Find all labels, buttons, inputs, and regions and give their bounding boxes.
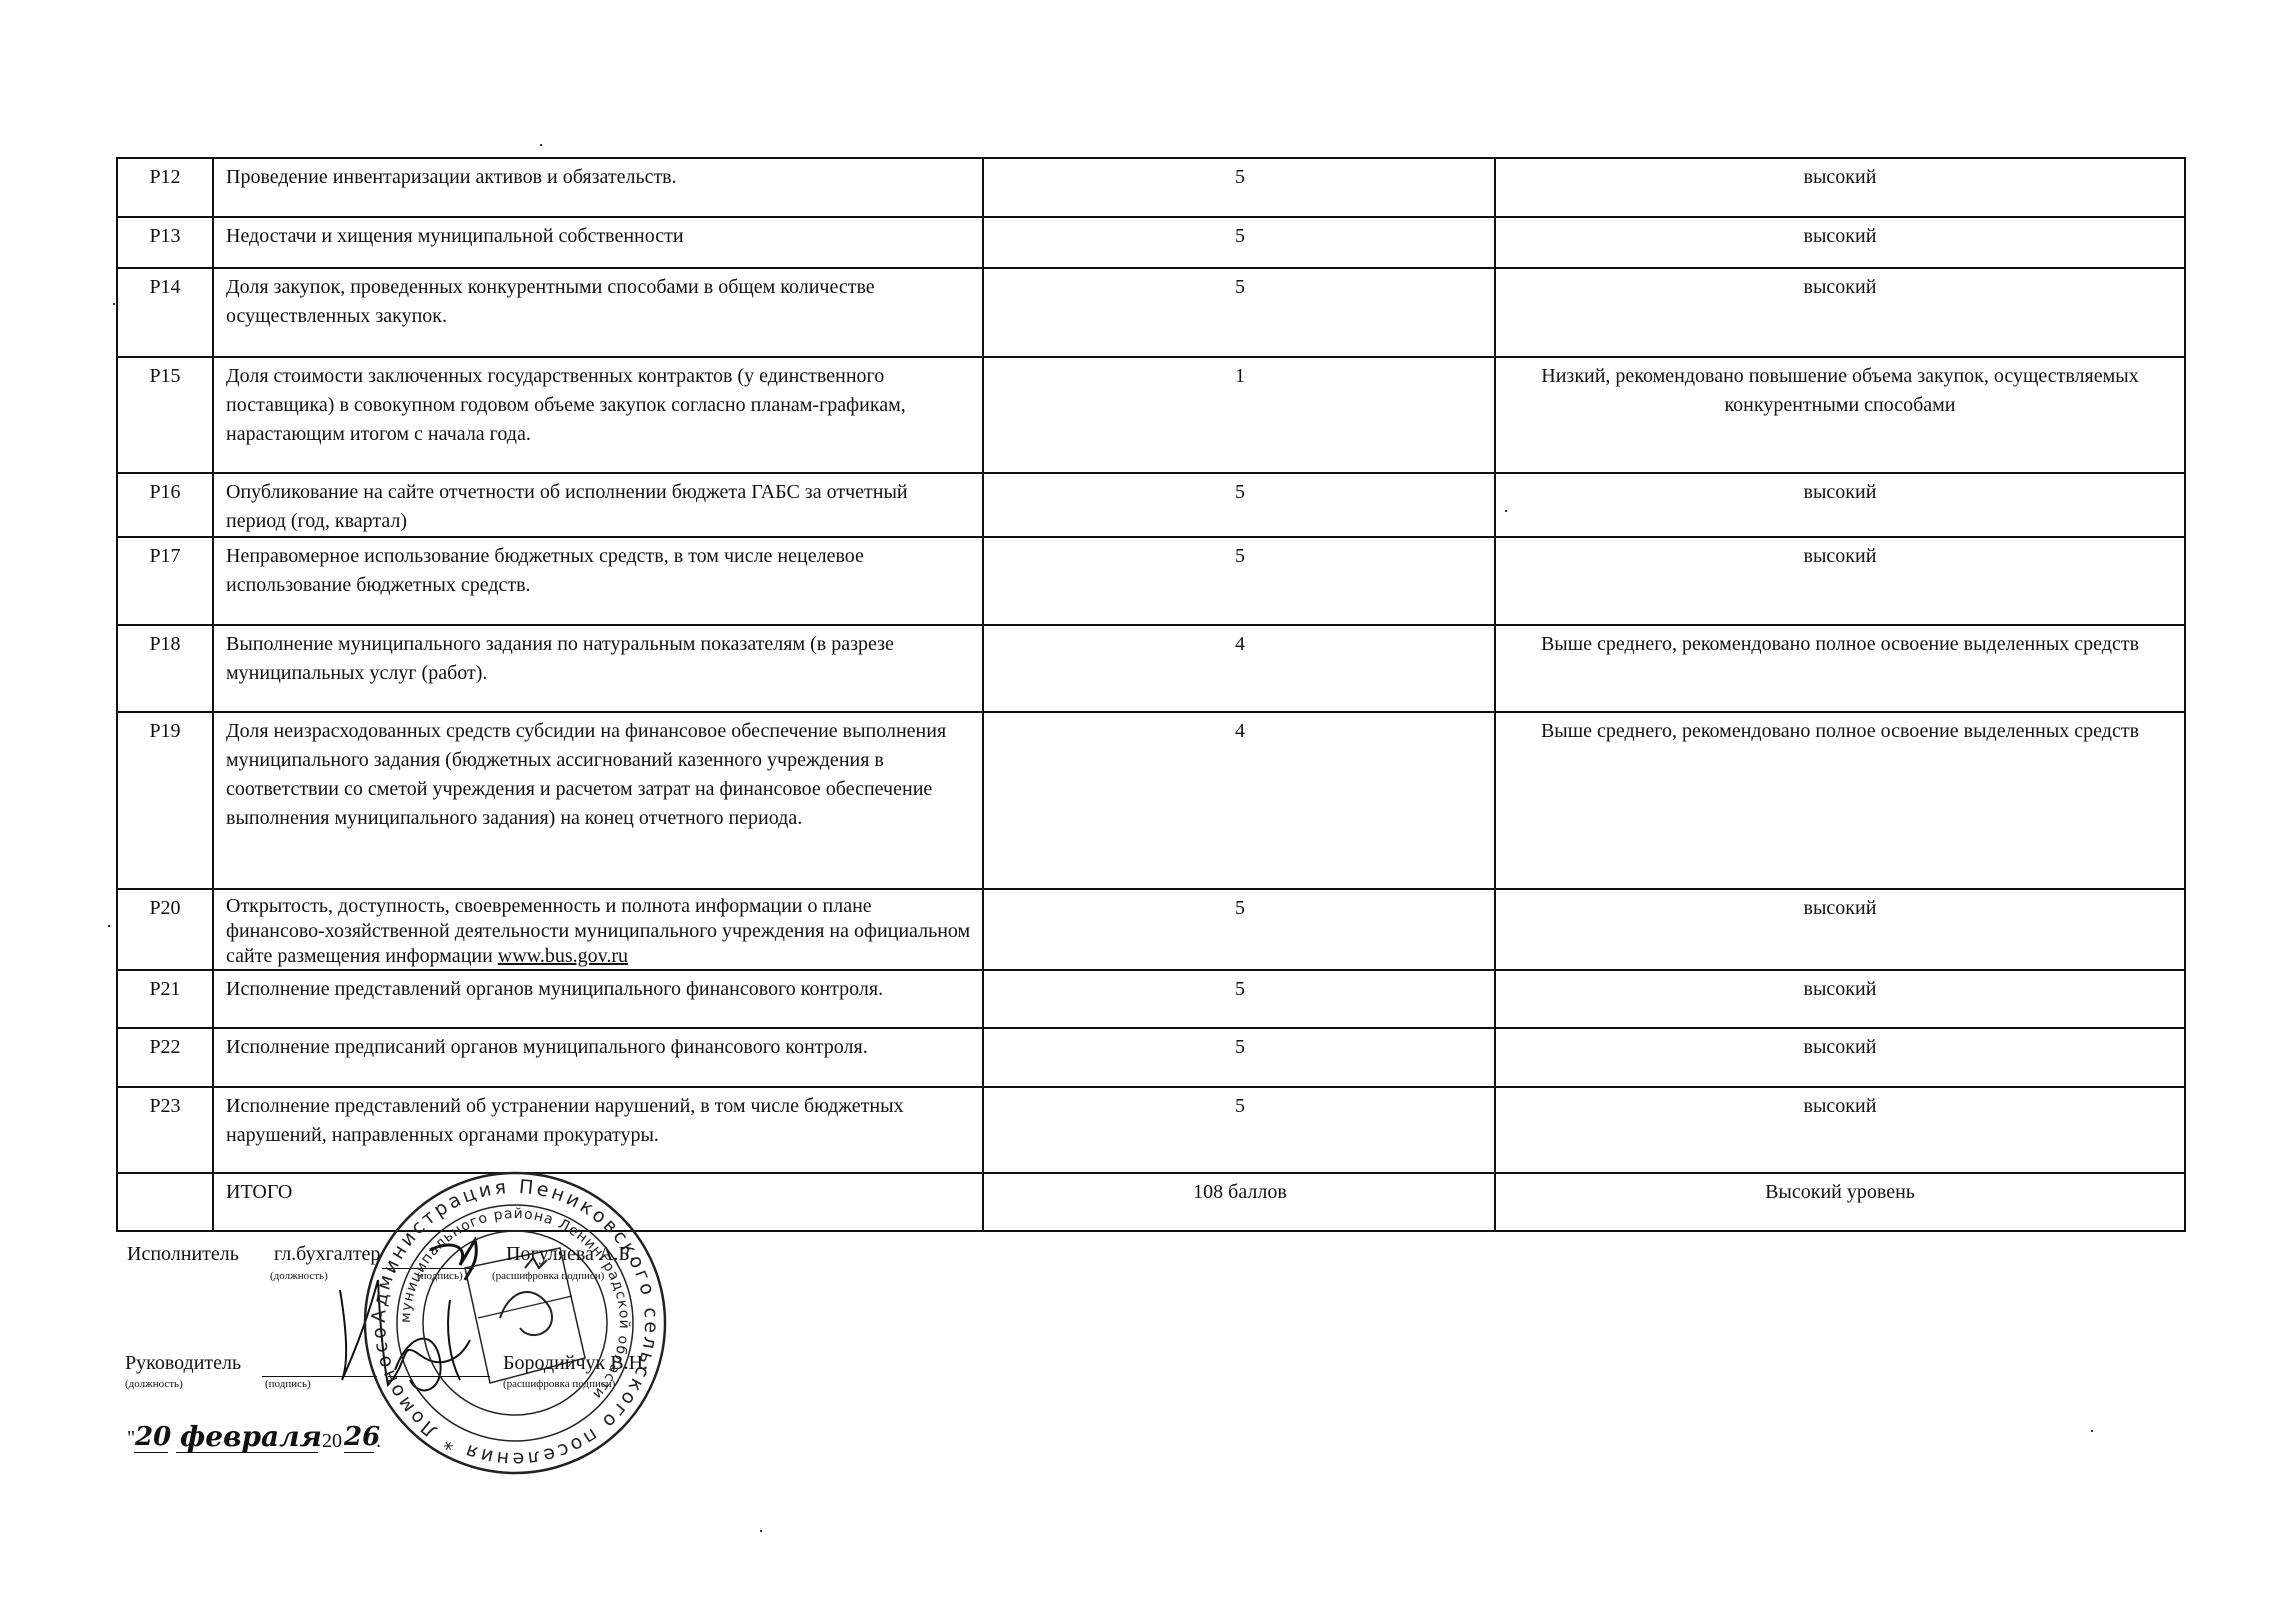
row-code: P19 [117,712,213,889]
row-score: 4 [983,625,1495,712]
row-code: P15 [117,357,213,473]
row-code: P22 [117,1028,213,1087]
row-indicator: Неправомерное использование бюджетных ср… [213,537,983,625]
row-score: 5 [983,158,1495,217]
row-indicator: Опубликование на сайте отчетности об исп… [213,473,983,537]
table-row: P23 Исполнение представлений об устранен… [117,1087,2185,1173]
row-code: P16 [117,473,213,537]
row-score: 4 [983,712,1495,889]
row-code: P18 [117,625,213,712]
head-position-caption: (должность) [125,1378,183,1390]
row-indicator: Открытость, доступность, своевременность… [213,889,983,970]
row-score: 5 [983,970,1495,1028]
assessment-table: P12 Проведение инвентаризации активов и … [116,157,2186,1232]
row-level: высокий [1495,217,2185,268]
row-code: P21 [117,970,213,1028]
date-month: февраля [180,1420,322,1453]
row-indicator: Исполнение представлений органов муницип… [213,970,983,1028]
stamp-inner-text: муниципального района Ленинградской обла… [398,1206,632,1403]
date-year-prefix: 20 [322,1430,342,1453]
total-level: Высокий уровень [1495,1173,2185,1231]
row-level: высокий [1495,1028,2185,1087]
date-month-line [176,1452,318,1453]
row-level: высокий [1495,158,2185,217]
row-level: Низкий, рекомендовано повышение объема з… [1495,357,2185,473]
table-row: P21 Исполнение представлений органов мун… [117,970,2185,1028]
table-row: P14 Доля закупок, проведенных конкурентн… [117,268,2185,357]
row-level: Выше среднего, рекомендовано полное осво… [1495,625,2185,712]
head-role-label: Руководитель [125,1352,241,1375]
date-day: 20 [135,1422,171,1452]
row-score: 5 [983,889,1495,970]
row-score: 5 [983,473,1495,537]
row-indicator: Исполнение представлений об устранении н… [213,1087,983,1173]
table-row: P16 Опубликование на сайте отчетности об… [117,473,2185,537]
row-level: высокий [1495,970,2185,1028]
date-open-quote: " [127,1427,135,1450]
row-score: 5 [983,537,1495,625]
svg-text:муниципального района Ленингра: муниципального района Ленинградской обла… [398,1206,632,1403]
official-stamp-icon: Администрация Пениковского сельского пос… [360,1168,670,1478]
date-day-line [134,1452,168,1453]
row-level: высокий [1495,473,2185,537]
executor-role-label: Исполнитель [127,1243,239,1266]
table-row: P17 Неправомерное использование бюджетны… [117,537,2185,625]
row-score: 5 [983,268,1495,357]
total-score: 108 баллов [983,1173,1495,1231]
row-indicator: Недостачи и хищения муниципальной собств… [213,217,983,268]
row-score: 5 [983,1087,1495,1173]
table-row: P20 Открытость, доступность, своевременн… [117,889,2185,970]
bus-gov-link[interactable]: www.bus.gov.ru [498,945,628,967]
row-indicator: Проведение инвентаризации активов и обяз… [213,158,983,217]
total-code [117,1173,213,1231]
row-code: P14 [117,268,213,357]
row-indicator: Доля закупок, проведенных конкурентными … [213,268,983,357]
row-level: высокий [1495,1087,2185,1173]
row-level: высокий [1495,889,2185,970]
row-code: P23 [117,1087,213,1173]
row-code: P13 [117,217,213,268]
table-row: P22 Исполнение предписаний органов муниц… [117,1028,2185,1087]
row-score: 5 [983,1028,1495,1087]
row-level: высокий [1495,537,2185,625]
table-row: P15 Доля стоимости заключенных государст… [117,357,2185,473]
row-score: 1 [983,357,1495,473]
row-indicator: Доля неизрасходованных средств субсидии … [213,712,983,889]
row-indicator: Доля стоимости заключенных государственн… [213,357,983,473]
row-code: P12 [117,158,213,217]
row-code: P17 [117,537,213,625]
row-level: высокий [1495,268,2185,357]
table-row: P19 Доля неизрасходованных средств субси… [117,712,2185,889]
row-level: Выше среднего, рекомендовано полное осво… [1495,712,2185,889]
document-page: P12 Проведение инвентаризации активов и … [0,0,2291,1606]
table-row: P12 Проведение инвентаризации активов и … [117,158,2185,217]
table-row: P18 Выполнение муниципального задания по… [117,625,2185,712]
row-score: 5 [983,217,1495,268]
row-indicator: Выполнение муниципального задания по нат… [213,625,983,712]
table-row: P13 Недостачи и хищения муниципальной со… [117,217,2185,268]
row-indicator: Исполнение предписаний органов муниципал… [213,1028,983,1087]
row-code: P20 [117,889,213,970]
